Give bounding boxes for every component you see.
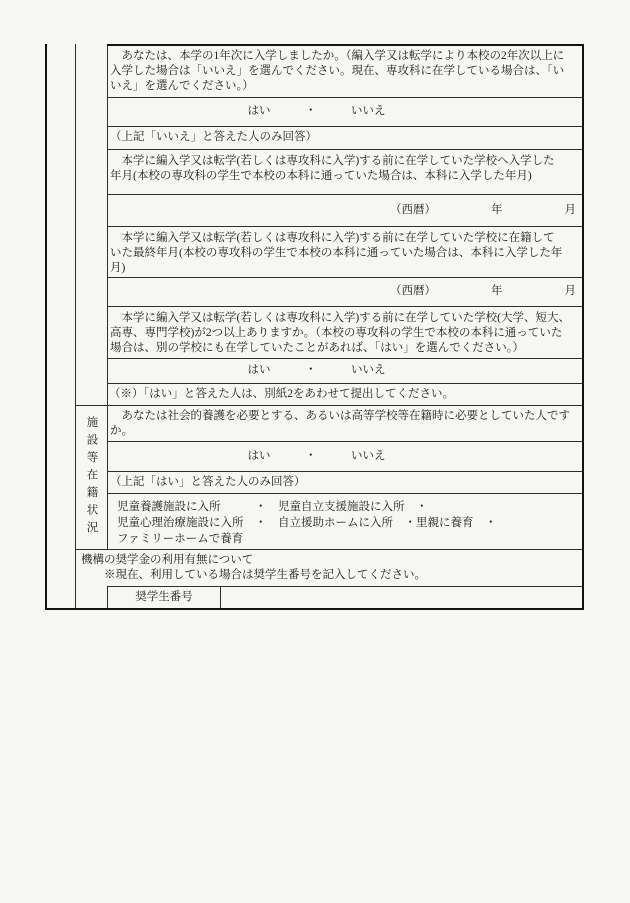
month-label: 月: [565, 284, 577, 299]
scholar-number-label: 奨学生番号: [135, 590, 193, 605]
note-answer-if-yes: （上記「はい」と答えた人のみ回答）: [110, 471, 580, 493]
grid-line-horizontal: [107, 493, 582, 494]
western-calendar-year-month-row-1[interactable]: （西暦） 年 月: [107, 194, 582, 226]
question-first-year-enrollment: あなたは、本学の1年次に入学しましたか。（編入学又は転学により本校の2年次以上に…: [110, 49, 578, 94]
jasso-scholarship-usage-note: ※現在、利用している場合は奨学生番号を記入してください。: [104, 568, 578, 583]
western-calendar-label: （西暦）: [390, 284, 436, 299]
jasso-scholarship-usage-title: 機構の奨学金の利用有無について: [81, 553, 578, 568]
year-label: 年: [491, 284, 503, 299]
outer-border-right: [582, 44, 584, 610]
answer-yes-no-row-facility[interactable]: はい ・ いいえ: [107, 441, 582, 471]
note-answer-if-no: （上記「いいえ」と答えた人のみ回答）: [110, 126, 580, 149]
section-divider-facility: [75, 405, 582, 406]
western-calendar-label: （西暦）: [390, 203, 436, 218]
note-submit-attachment2: （※）「はい」と答えた人は、別紙2をあわせて提出してください。: [109, 383, 580, 405]
grid-line-horizontal: [107, 149, 582, 150]
answer-yes-no-row-q4[interactable]: はい ・ いいえ: [107, 358, 582, 383]
question-previous-school-entry-date: 本学に編入学又は転学(若しくは専攻科に入学)する前に在学していた学校へ入学した …: [110, 154, 578, 184]
yes-no-options: はい ・ いいえ: [248, 104, 386, 119]
facility-options[interactable]: 児童養護施設に入所 ・ 児童自立支援施設に入所 ・ 児童心理治療施設に入所 ・ …: [117, 499, 578, 547]
month-label: 月: [565, 203, 577, 218]
western-calendar-year-month-row-2[interactable]: （西暦） 年 月: [107, 277, 582, 306]
scholar-number-input-cell[interactable]: [221, 586, 582, 608]
question-previous-school-final-date: 本学に編入学又は転学(若しくは専攻科に入学)する前に在学していた学校に在籍して …: [110, 231, 578, 276]
facility-status-section-label: 施設等在籍状況: [84, 416, 99, 539]
question-block-top-border: [107, 44, 584, 46]
question-social-care-need: あなたは社会的養護を必要とする、あるいは高等学校等在籍時に必要としていた人です …: [110, 409, 578, 439]
answer-yes-no-row-q1[interactable]: はい ・ いいえ: [107, 97, 582, 126]
year-label: 年: [491, 203, 503, 218]
yes-no-options: はい ・ いいえ: [248, 363, 386, 378]
section-divider-scholarship: [75, 549, 582, 550]
outer-border-bottom: [45, 608, 584, 610]
scholar-number-label-cell: 奨学生番号: [108, 586, 220, 608]
grid-line-horizontal: [107, 226, 582, 227]
question-multiple-previous-schools: 本学に編入学又は転学(若しくは専攻科に入学)する前に在学していた学校(大学、短大…: [110, 311, 578, 356]
yes-no-options: はい ・ いいえ: [248, 449, 386, 464]
facility-status-section-label-cell: 施設等在籍状況: [75, 405, 107, 549]
outer-border-left: [45, 44, 47, 610]
grid-line-horizontal: [107, 306, 582, 307]
application-form-table: あなたは、本学の1年次に入学しましたか。（編入学又は転学により本校の2年次以上に…: [45, 44, 584, 610]
